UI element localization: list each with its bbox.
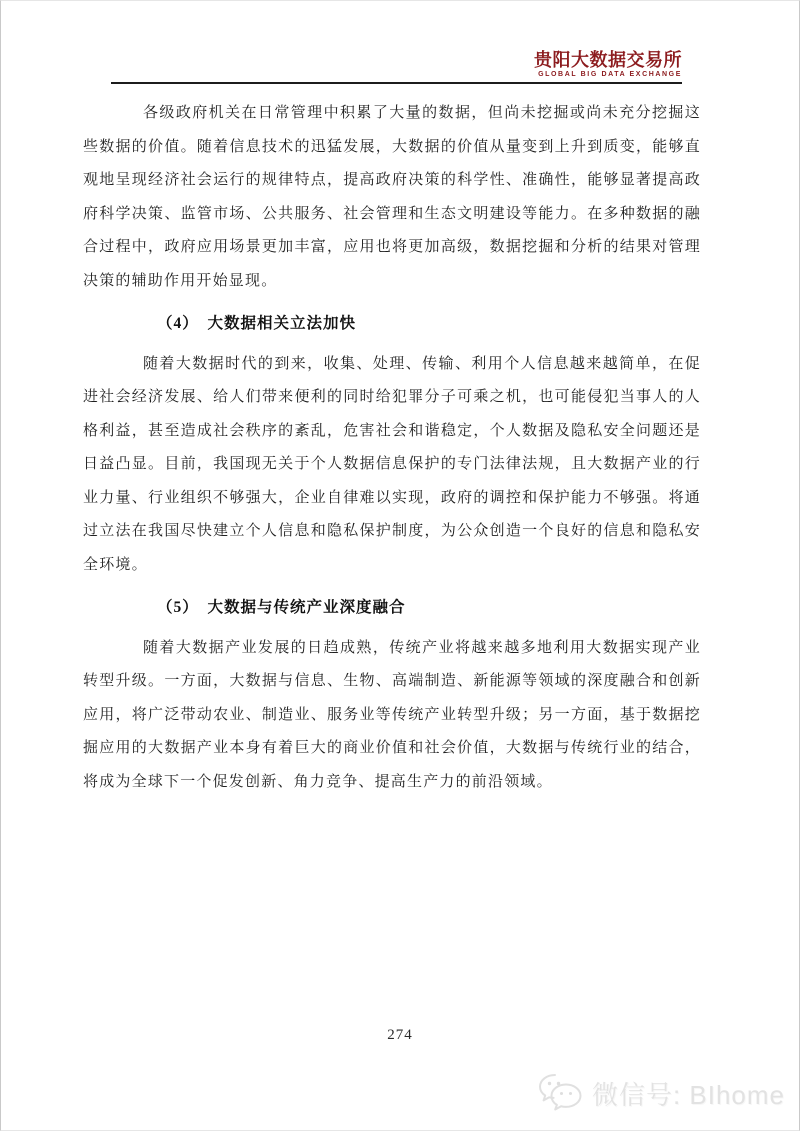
section-heading-5-industry-fusion: （5） 大数据与传统产业深度融合 [83,591,701,625]
document-body: 各级政府机关在日常管理中积累了大量的数据，但尚未挖掘或尚未充分挖掘这些数据的价值… [83,97,701,799]
section-heading-4-legislation: （4） 大数据相关立法加快 [83,307,701,341]
brand-title: 贵阳大数据交易所 [111,51,682,70]
brand-subtitle: GLOBAL BIG DATA EXCHANGE [111,71,682,79]
paragraph-traditional-industry: 随着大数据产业发展的日趋成熟，传统产业将越来越多地利用大数据实现产业转型升级。一… [83,632,701,800]
paragraph-privacy-legislation: 随着大数据时代的到来，收集、处理、传输、利用个人信息越来越简单，在促进社会经济发… [83,348,701,583]
watermark-label: 微信号: BIhome [592,1075,785,1112]
page-number: 274 [1,1027,799,1044]
document-page: 贵阳大数据交易所 GLOBAL BIG DATA EXCHANGE 各级政府机关… [0,0,800,1131]
wechat-watermark: 微信号: BIhome [537,1073,785,1113]
page-header: 贵阳大数据交易所 GLOBAL BIG DATA EXCHANGE [111,51,682,84]
paragraph-government-data: 各级政府机关在日常管理中积累了大量的数据，但尚未挖掘或尚未充分挖掘这些数据的价值… [83,97,701,298]
wechat-icon [537,1073,583,1113]
